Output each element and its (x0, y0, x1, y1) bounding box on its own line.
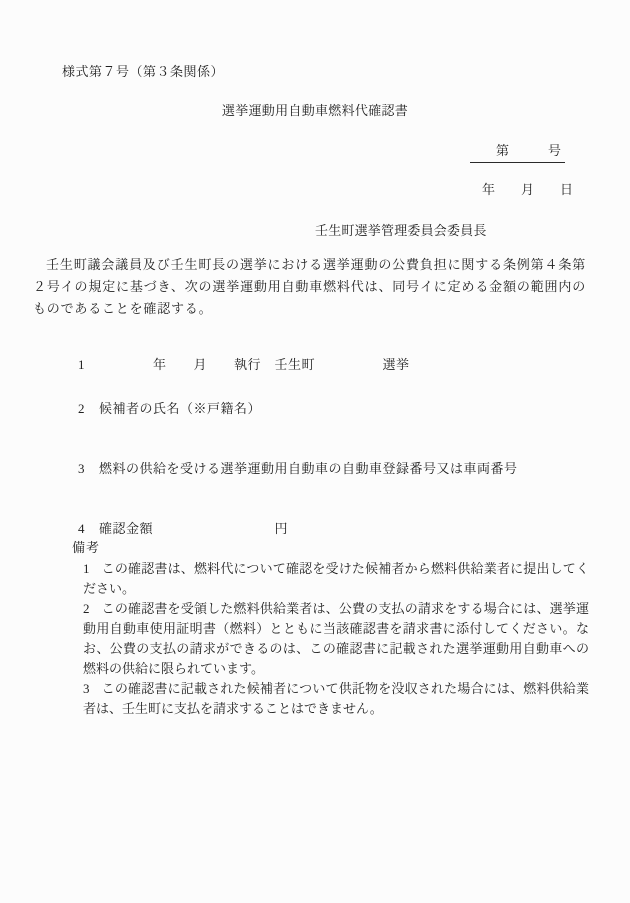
remark-number: 1 (83, 561, 90, 576)
document-page: 様式第７号（第３条関係） 選挙運動用自動車燃料代確認書 第 号 年 月 日 壬生… (0, 0, 630, 903)
form-item-candidate-name: 2候補者の氏名（※戸籍名） (63, 382, 261, 436)
addressee-line: 壬生町選挙管理委員会委員長 (315, 222, 487, 240)
remark-text: この確認書を受領した燃料供給業者は、公費の支払の請求をする場合には、選挙運動用自… (83, 601, 589, 676)
date-line: 年 月 日 (482, 181, 573, 199)
document-number-blank: 第 号 (470, 142, 565, 163)
remark-item: 1この確認書は、燃料代について確認を受けた候補者から燃料供給業者に提出してくださ… (83, 559, 589, 599)
item-number: 4 (78, 520, 99, 538)
item-text: 燃料の供給を受ける選挙運動用自動車の自動車登録番号又は車両番号 (99, 461, 518, 476)
remark-number: 3 (83, 681, 90, 696)
remark-text: この確認書に記載された候補者について供託物を没収された場合には、燃料供給業者は、… (83, 681, 589, 716)
item-number: 3 (78, 460, 99, 478)
item-text: 確認金額 円 (99, 521, 288, 536)
remark-item: 3この確認書に記載された候補者について供託物を没収された場合には、燃料供給業者は… (83, 679, 589, 719)
document-title: 選挙運動用自動車燃料代確認書 (0, 102, 630, 120)
body-paragraph: 壬生町議会議員及び壬生町長の選挙における選挙運動の公費負担に関する条例第４条第２… (33, 254, 586, 320)
remark-text: この確認書は、燃料代について確認を受けた候補者から燃料供給業者に提出してください… (83, 561, 589, 596)
item-text: 年 月 執行 壬生町 選挙 (99, 357, 410, 372)
item-text: 候補者の氏名（※戸籍名） (99, 401, 261, 416)
item-number: 2 (78, 400, 99, 418)
form-number-label: 様式第７号（第３条関係） (62, 63, 224, 81)
remark-item: 2この確認書を受領した燃料供給業者は、公費の支払の請求をする場合には、選挙運動用… (83, 599, 589, 679)
form-item-vehicle-registration: 3燃料の供給を受ける選挙運動用自動車の自動車登録番号又は車両番号 (63, 442, 518, 496)
remarks-heading: 備考 (72, 539, 100, 557)
document-number-line: 第 号 (470, 142, 565, 163)
remark-number: 2 (83, 601, 90, 616)
item-number: 1 (78, 356, 99, 374)
